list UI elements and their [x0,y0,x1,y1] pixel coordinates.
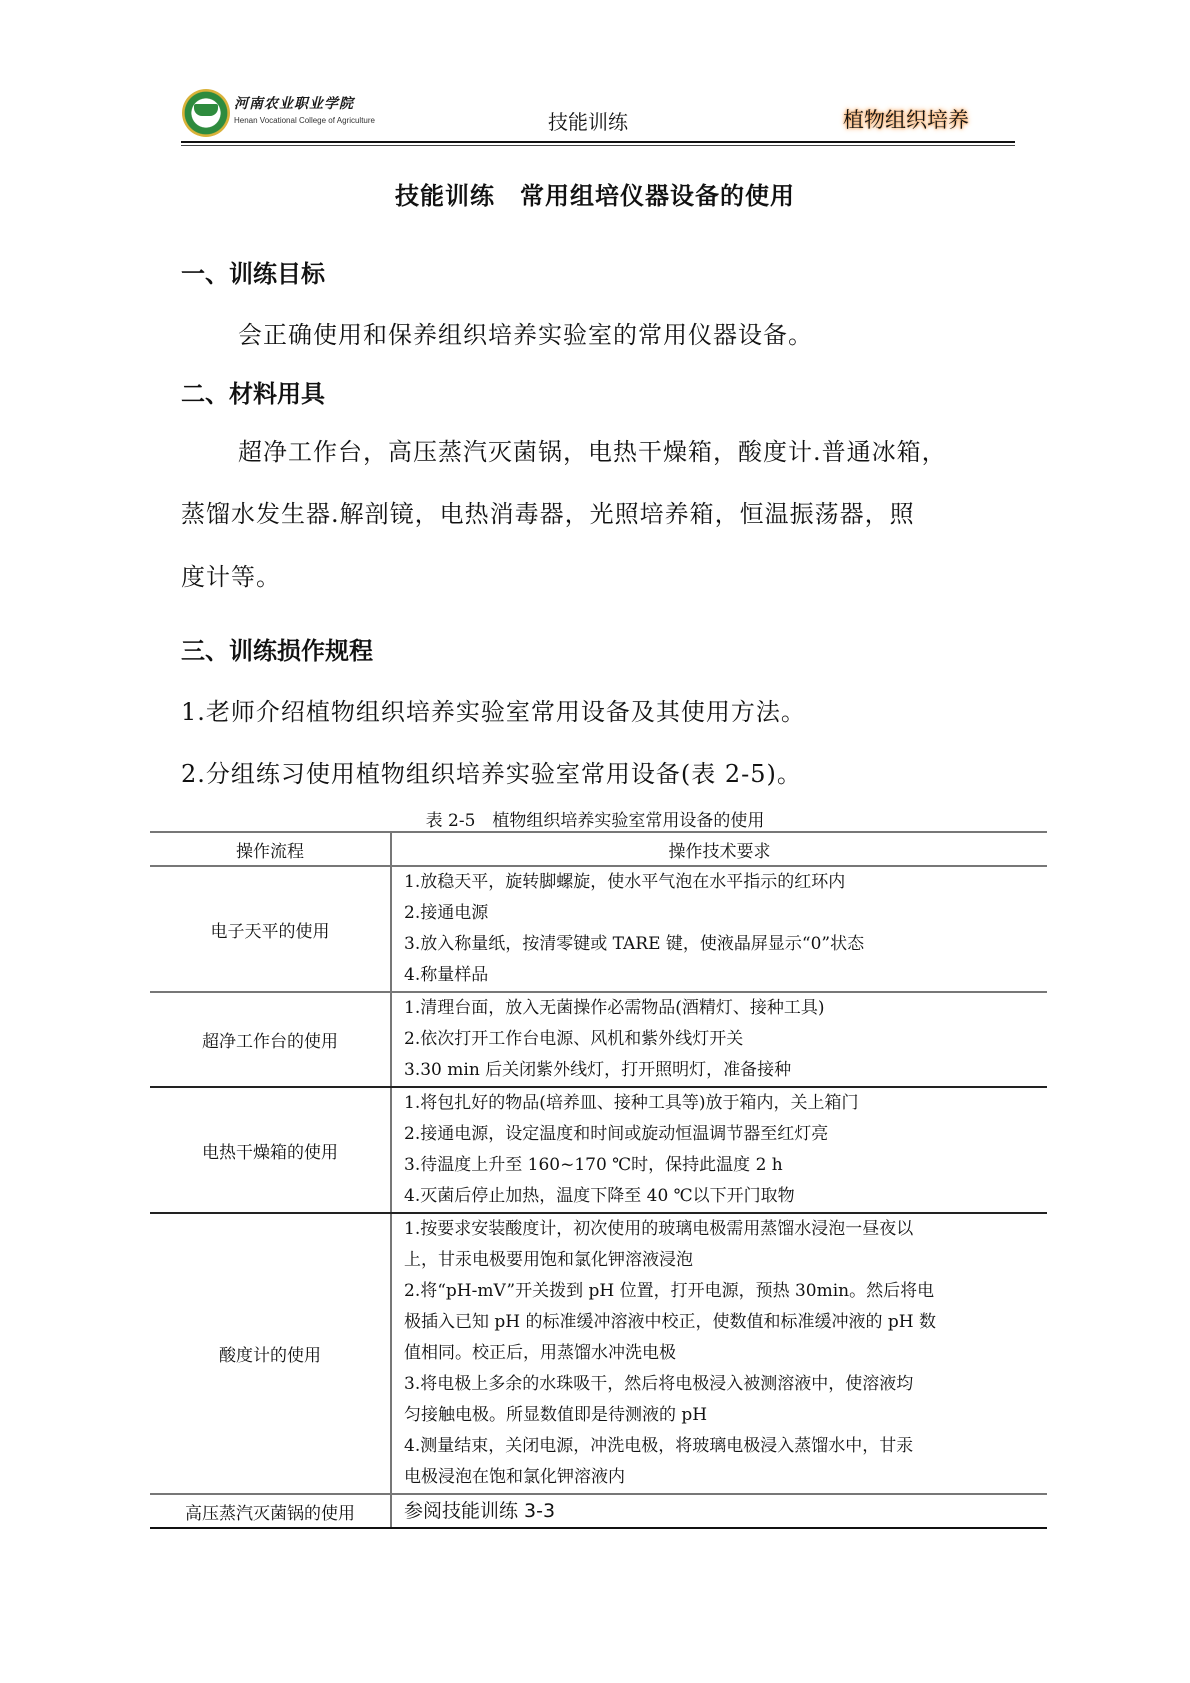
requirement-line: 1.按要求安装酸度计，初次使用的玻璃电极需用蒸馏水浸泡一昼夜以 [404,1214,1039,1245]
table-header-row: 操作流程 操作技术要求 [150,832,1047,866]
section-heading-materials: 二、材料用具 [181,374,325,409]
requirements-cell: 参阅技能训练 3-3 [391,1494,1047,1528]
requirement-line: 匀接触电极。所显数值即是待测液的 pH [404,1400,1039,1431]
procedure-step: 1.老师介绍植物组织培养实验室常用设备及其使用方法。 [181,692,806,727]
header-course-label: 植物组织培养 [843,104,969,134]
section-heading-procedure: 三、训练损作规程 [181,631,373,666]
column-header-process: 操作流程 [150,832,391,866]
requirements-cell: 1.清理台面，放入无菌操作必需物品(酒精灯、接种工具) 2.依次打开工作台电源、… [391,992,1047,1087]
process-cell: 电子天平的使用 [150,866,391,992]
section-heading-objective: 一、训练目标 [181,254,325,289]
requirements-cell: 1.放稳天平，旋转脚螺旋，使水平气泡在水平指示的红环内 2.接通电源 3.放入称… [391,866,1047,992]
procedure-step: 2.分组练习使用植物组织培养实验室常用设备(表 2-5)。 [181,754,802,789]
requirement-line: 3.放入称量纸，按清零键或 TARE 键，使液晶屏显示“0”状态 [404,929,1039,960]
table-caption: 表 2-5 植物组织培养实验室常用设备的使用 [0,806,1190,831]
requirement-line: 极插入已知 pH 的标准缓冲溶液中校正，使数值和标准缓冲液的 pH 数 [404,1307,1039,1338]
page-title: 技能训练 常用组培仪器设备的使用 [0,176,1190,211]
college-name-en: Henan Vocational College of Agriculture [234,116,375,125]
header-center-label: 技能训练 [548,106,628,135]
requirement-line: 4.测量结束，关闭电源，冲洗电极，将玻璃电极浸入蒸馏水中，甘汞 [404,1431,1039,1462]
requirement-line: 1.清理台面，放入无菌操作必需物品(酒精灯、接种工具) [404,993,1039,1024]
requirement-line: 3.待温度上升至 160~170 ℃时，保持此温度 2 h [404,1150,1039,1181]
materials-line: 度计等。 [181,557,281,592]
table-row: 酸度计的使用 1.按要求安装酸度计，初次使用的玻璃电极需用蒸馏水浸泡一昼夜以 上… [150,1213,1047,1494]
requirement-line: 2.依次打开工作台电源、风机和紫外线灯开关 [404,1024,1039,1055]
requirement-line: 3.30 min 后关闭紫外线灯，打开照明灯，准备接种 [404,1055,1039,1086]
book-emblem-icon [194,104,218,116]
objective-text: 会正确使用和保养组织培养实验室的常用仪器设备。 [238,315,813,350]
requirement-line: 3.将电极上多余的水珠吸干，然后将电极浸入被测溶液中，使溶液均 [404,1369,1039,1400]
requirement-line: 电极浸泡在饱和氯化钾溶液内 [404,1462,1039,1493]
requirement-line: 1.放稳天平，旋转脚螺旋，使水平气泡在水平指示的红环内 [404,867,1039,898]
requirement-line: 4.灭菌后停止加热，温度下降至 40 ℃以下开门取物 [404,1181,1039,1212]
process-cell: 超净工作台的使用 [150,992,391,1087]
requirements-cell: 1.按要求安装酸度计，初次使用的玻璃电极需用蒸馏水浸泡一昼夜以 上，甘汞电极要用… [391,1213,1047,1494]
requirement-line: 4.称量样品 [404,960,1039,991]
table-row: 电子天平的使用 1.放稳天平，旋转脚螺旋，使水平气泡在水平指示的红环内 2.接通… [150,866,1047,992]
header-rule-thin [181,145,1015,146]
table-row: 电热干燥箱的使用 1.将包扎好的物品(培养皿、接种工具等)放于箱内，关上箱门 2… [150,1087,1047,1213]
column-header-requirements: 操作技术要求 [391,832,1047,866]
equipment-table: 操作流程 操作技术要求 电子天平的使用 1.放稳天平，旋转脚螺旋，使水平气泡在水… [150,831,1047,1529]
requirement-line: 2.接通电源 [404,898,1039,929]
process-cell: 酸度计的使用 [150,1213,391,1494]
materials-line: 蒸馏水发生器.解剖镜，电热消毒器，光照培养箱，恒温振荡器，照 [181,494,915,529]
college-name-cn: 河南农业职业学院 [234,93,354,113]
table-row: 高压蒸汽灭菌锅的使用 参阅技能训练 3-3 [150,1494,1047,1528]
materials-line: 超净工作台，高压蒸汽灭菌锅，电热干燥箱，酸度计.普通冰箱， [238,432,947,467]
process-cell: 电热干燥箱的使用 [150,1087,391,1213]
requirement-line: 值相同。校正后，用蒸馏水冲洗电极 [404,1338,1039,1369]
header-rule [181,141,1015,143]
requirement-line: 上，甘汞电极要用饱和氯化钾溶液浸泡 [404,1245,1039,1276]
requirement-line: 2.接通电源，设定温度和时间或旋动恒温调节器至红灯亮 [404,1119,1039,1150]
requirements-cell: 1.将包扎好的物品(培养皿、接种工具等)放于箱内，关上箱门 2.接通电源，设定温… [391,1087,1047,1213]
process-cell: 高压蒸汽灭菌锅的使用 [150,1494,391,1528]
requirement-line: 2.将“pH-mV”开关拨到 pH 位置，打开电源，预热 30min。然后将电 [404,1276,1039,1307]
requirement-line: 1.将包扎好的物品(培养皿、接种工具等)放于箱内，关上箱门 [404,1088,1039,1119]
table-row: 超净工作台的使用 1.清理台面，放入无菌操作必需物品(酒精灯、接种工具) 2.依… [150,992,1047,1087]
